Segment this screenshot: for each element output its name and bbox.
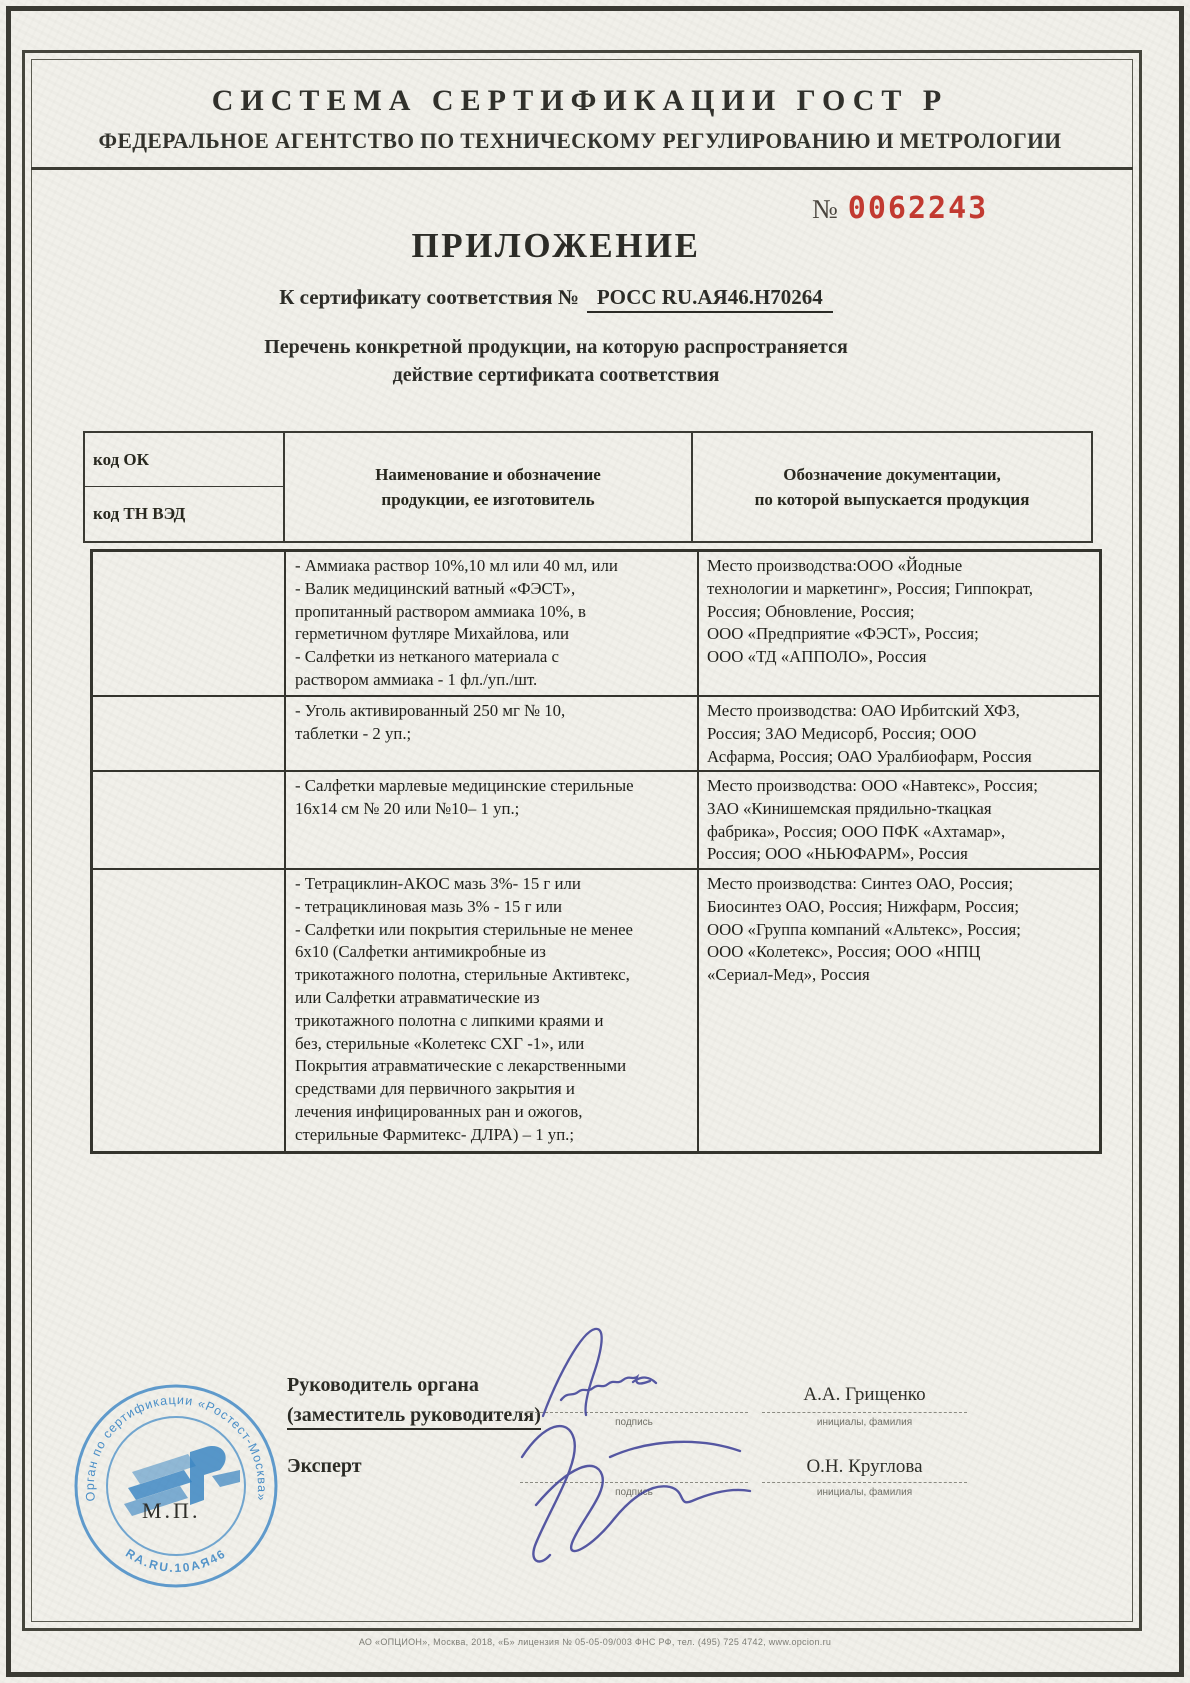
- product-cell: - Уголь активированный 250 мг № 10, табл…: [286, 697, 699, 772]
- form-serial-number: №0062243: [812, 191, 988, 226]
- svg-text:RA.RU.10АЯ46: RA.RU.10АЯ46: [123, 1546, 229, 1575]
- product-column-header: Наименование и обозначение продукции, ее…: [285, 433, 693, 541]
- deputy-role-label: (заместитель руководителя): [287, 1404, 541, 1430]
- stamp-ring-bottom-text: RA.RU.10АЯ46: [123, 1546, 229, 1575]
- ok-code-header: код ОК: [85, 433, 283, 487]
- code-cell: [93, 870, 286, 1151]
- expert-name: О.Н. Круглова: [762, 1456, 967, 1478]
- documentation-cell: Место производства: ОАО Ирбитский ХФЗ, Р…: [699, 697, 1099, 772]
- head-role-label: Руководитель органа: [287, 1374, 479, 1397]
- tnved-code-header: код ТН ВЭД: [85, 487, 283, 541]
- documentation-cell: Место производства: ООО «Навтекс», Росси…: [699, 772, 1099, 870]
- head-signature-line: [520, 1412, 748, 1413]
- certificate-number: РОСС RU.АЯ46.Н70264: [587, 285, 833, 313]
- expert-name-line: [762, 1482, 967, 1483]
- head-name: А.А. Грищенко: [762, 1384, 967, 1406]
- code-column-header: код ОК код ТН ВЭД: [85, 433, 285, 541]
- documentation-cell: Место производства: Синтез ОАО, Россия; …: [699, 870, 1099, 1151]
- code-cell: [93, 697, 286, 772]
- products-table-header: код ОК код ТН ВЭД Наименование и обознач…: [83, 431, 1093, 543]
- name-caption: инициалы, фамилия: [762, 1487, 967, 1498]
- print-shop-footer: АО «ОПЦИОН», Москва, 2018, «Б» лицензия …: [245, 1637, 945, 1647]
- numero-sign: №: [812, 194, 838, 224]
- certificate-reference-label: К сертификату соответствия №: [279, 285, 579, 309]
- head-name-line: [762, 1412, 967, 1413]
- page-title: ПРИЛОЖЕНИЕ: [26, 226, 1086, 266]
- certificate-reference: К сертификату соответствия №РОСС RU.АЯ46…: [26, 285, 1086, 310]
- expert-role-label: Эксперт: [287, 1455, 362, 1478]
- signature-caption: подпись: [520, 1417, 748, 1428]
- expert-signature-line: [520, 1482, 748, 1483]
- documentation-column-header: Обозначение документации, по которой вып…: [693, 433, 1091, 541]
- header-divider-rule: [31, 167, 1133, 170]
- product-cell: - Салфетки марлевые медицинские стерильн…: [286, 772, 699, 870]
- agency-title: ФЕДЕРАЛЬНОЕ АГЕНТСТВО ПО ТЕХНИЧЕСКОМУ РЕ…: [51, 128, 1109, 154]
- product-cell: - Аммиака раствор 10%,10 мл или 40 мл, и…: [286, 552, 699, 697]
- products-table-body: - Аммиака раствор 10%,10 мл или 40 мл, и…: [90, 549, 1102, 1154]
- certification-body-stamp: Орган по сертификации «Ростест-Москва» R…: [70, 1380, 282, 1592]
- certificate-page: СИСТЕМА СЕРТИФИКАЦИИ ГОСТ Р ФЕДЕРАЛЬНОЕ …: [0, 0, 1190, 1683]
- documentation-cell: Место производства:ООО «Йодные технологи…: [699, 552, 1099, 697]
- name-caption: инициалы, фамилия: [762, 1417, 967, 1428]
- products-list-heading: Перечень конкретной продукции, на котору…: [26, 333, 1086, 389]
- stamp-place-label: М.П.: [142, 1498, 200, 1524]
- serial-digits: 0062243: [848, 191, 988, 226]
- signature-caption: подпись: [520, 1487, 748, 1498]
- certification-system-title: СИСТЕМА СЕРТИФИКАЦИИ ГОСТ Р: [40, 84, 1120, 118]
- code-cell: [93, 552, 286, 697]
- code-cell: [93, 772, 286, 870]
- product-cell: - Тетрациклин-АКОС мазь 3%- 15 г или - т…: [286, 870, 699, 1151]
